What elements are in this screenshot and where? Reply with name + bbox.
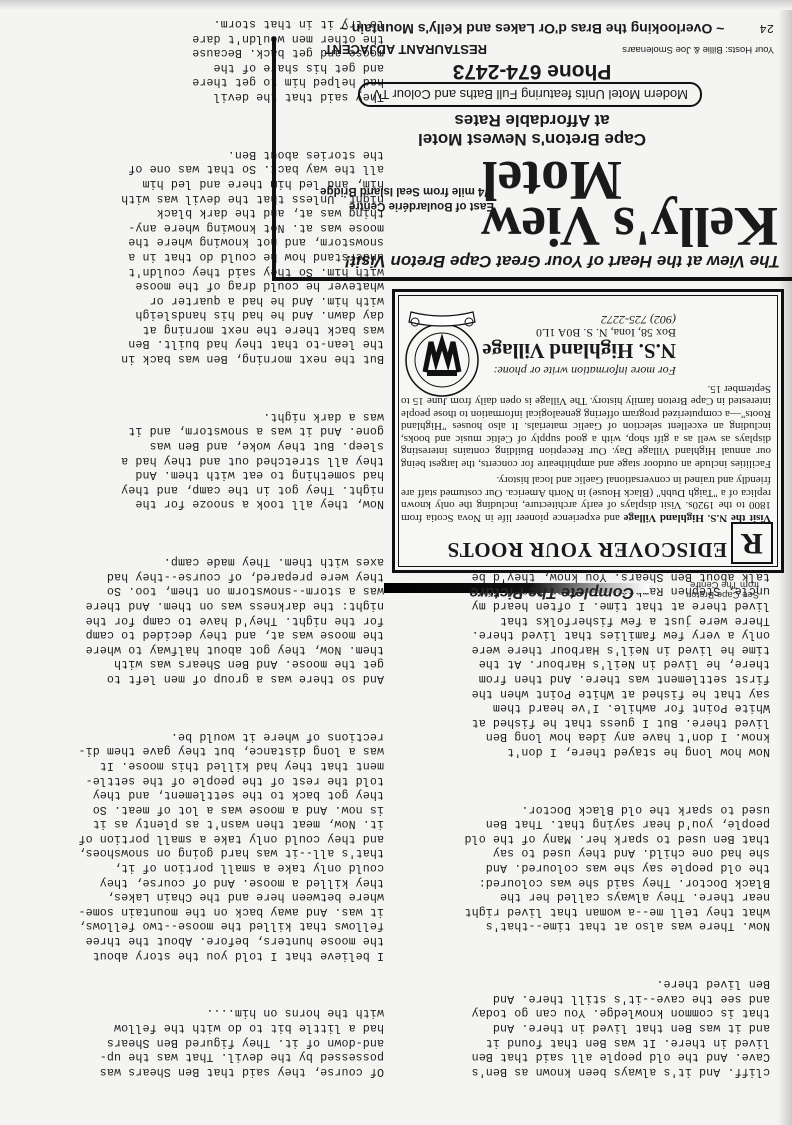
ad-paragraph: Visit the N.S. Highland Village and expe… (401, 474, 771, 524)
location-line: East of Boulardérie Centre (320, 198, 494, 213)
location-line: 3/4 mile from Seal Island Bridge (320, 183, 494, 198)
motel-location: East of Boulardérie Centre 3/4 mile from… (320, 183, 494, 213)
page-number: 24 (760, 21, 774, 35)
slogan-line: at Affordable Rates (272, 111, 792, 130)
motel-slogan: Cape Breton's Newest Motel at Affordable… (272, 111, 792, 149)
banner-subtitle-line: See Cape Breton (686, 589, 759, 599)
paragraph: Now. There was also at that time--that's… (400, 801, 770, 932)
banner-subtitle-line: from The Centre (686, 579, 759, 589)
highland-village-ad: See Cape Breton from The Centre Complete… (386, 285, 784, 603)
contact-lead: For more information write or phone: (476, 363, 676, 378)
restaurant-note: RESTAURANT ADJACENT (325, 42, 488, 57)
roots-logo-icon: R (731, 522, 773, 564)
banner-subtitle: See Cape Breton from The Centre (686, 579, 759, 599)
highland-village-seal-icon (403, 308, 481, 400)
paragraph: cliff. And it's always been known as Ben… (400, 976, 770, 1078)
paragraph: Now, they all took a snooze for the nigh… (0, 408, 384, 510)
scanned-page: cliff. And it's always been known as Ben… (0, 0, 792, 1125)
banner-title: Complete The Picture (470, 583, 634, 601)
ad-body: Visit the N.S. Highland Village and expe… (401, 379, 771, 525)
contact-phone: (902) 725-2272 (476, 313, 676, 326)
motel-phone: Phone 674-2473 (272, 59, 792, 83)
ad-contact: For more information write or phone: N.S… (476, 313, 676, 378)
paragraph: And so there was a group of men left to … (0, 554, 384, 685)
motel-name-line: Motel (482, 155, 622, 205)
contact-name: N.S. Highland Village (476, 339, 676, 363)
ad-box: R EDISCOVER YOUR ROOTS Visit the N.S. Hi… (392, 289, 784, 573)
ad-banner: See Cape Breton from The Centre Complete… (386, 573, 784, 603)
motel-hosts: Your Hosts: Billie & Joe Smolenaars (622, 44, 774, 55)
kellys-view-motel-ad: The View at the Heart of Your Great Cape… (270, 0, 792, 281)
paragraph: Of course, they said that Ben Shears was… (0, 1005, 384, 1078)
ad-heading: EDISCOVER YOUR ROOTS (447, 537, 727, 562)
units-badge: Modern Motel Units featuring Full Baths … (358, 82, 702, 107)
paragraph: I believe that I told you the story abou… (0, 728, 384, 962)
ad-bold-lead: Visit the N.S. Highland Village (624, 512, 771, 524)
motel-overlooking: ~ Overlooking the Bras d'Or Lakes and Ke… (272, 21, 792, 37)
slogan-line: Cape Breton's Newest Motel (272, 130, 792, 149)
contact-address: Box 58, Iona, N. S. B0A 1L0 (476, 326, 676, 339)
